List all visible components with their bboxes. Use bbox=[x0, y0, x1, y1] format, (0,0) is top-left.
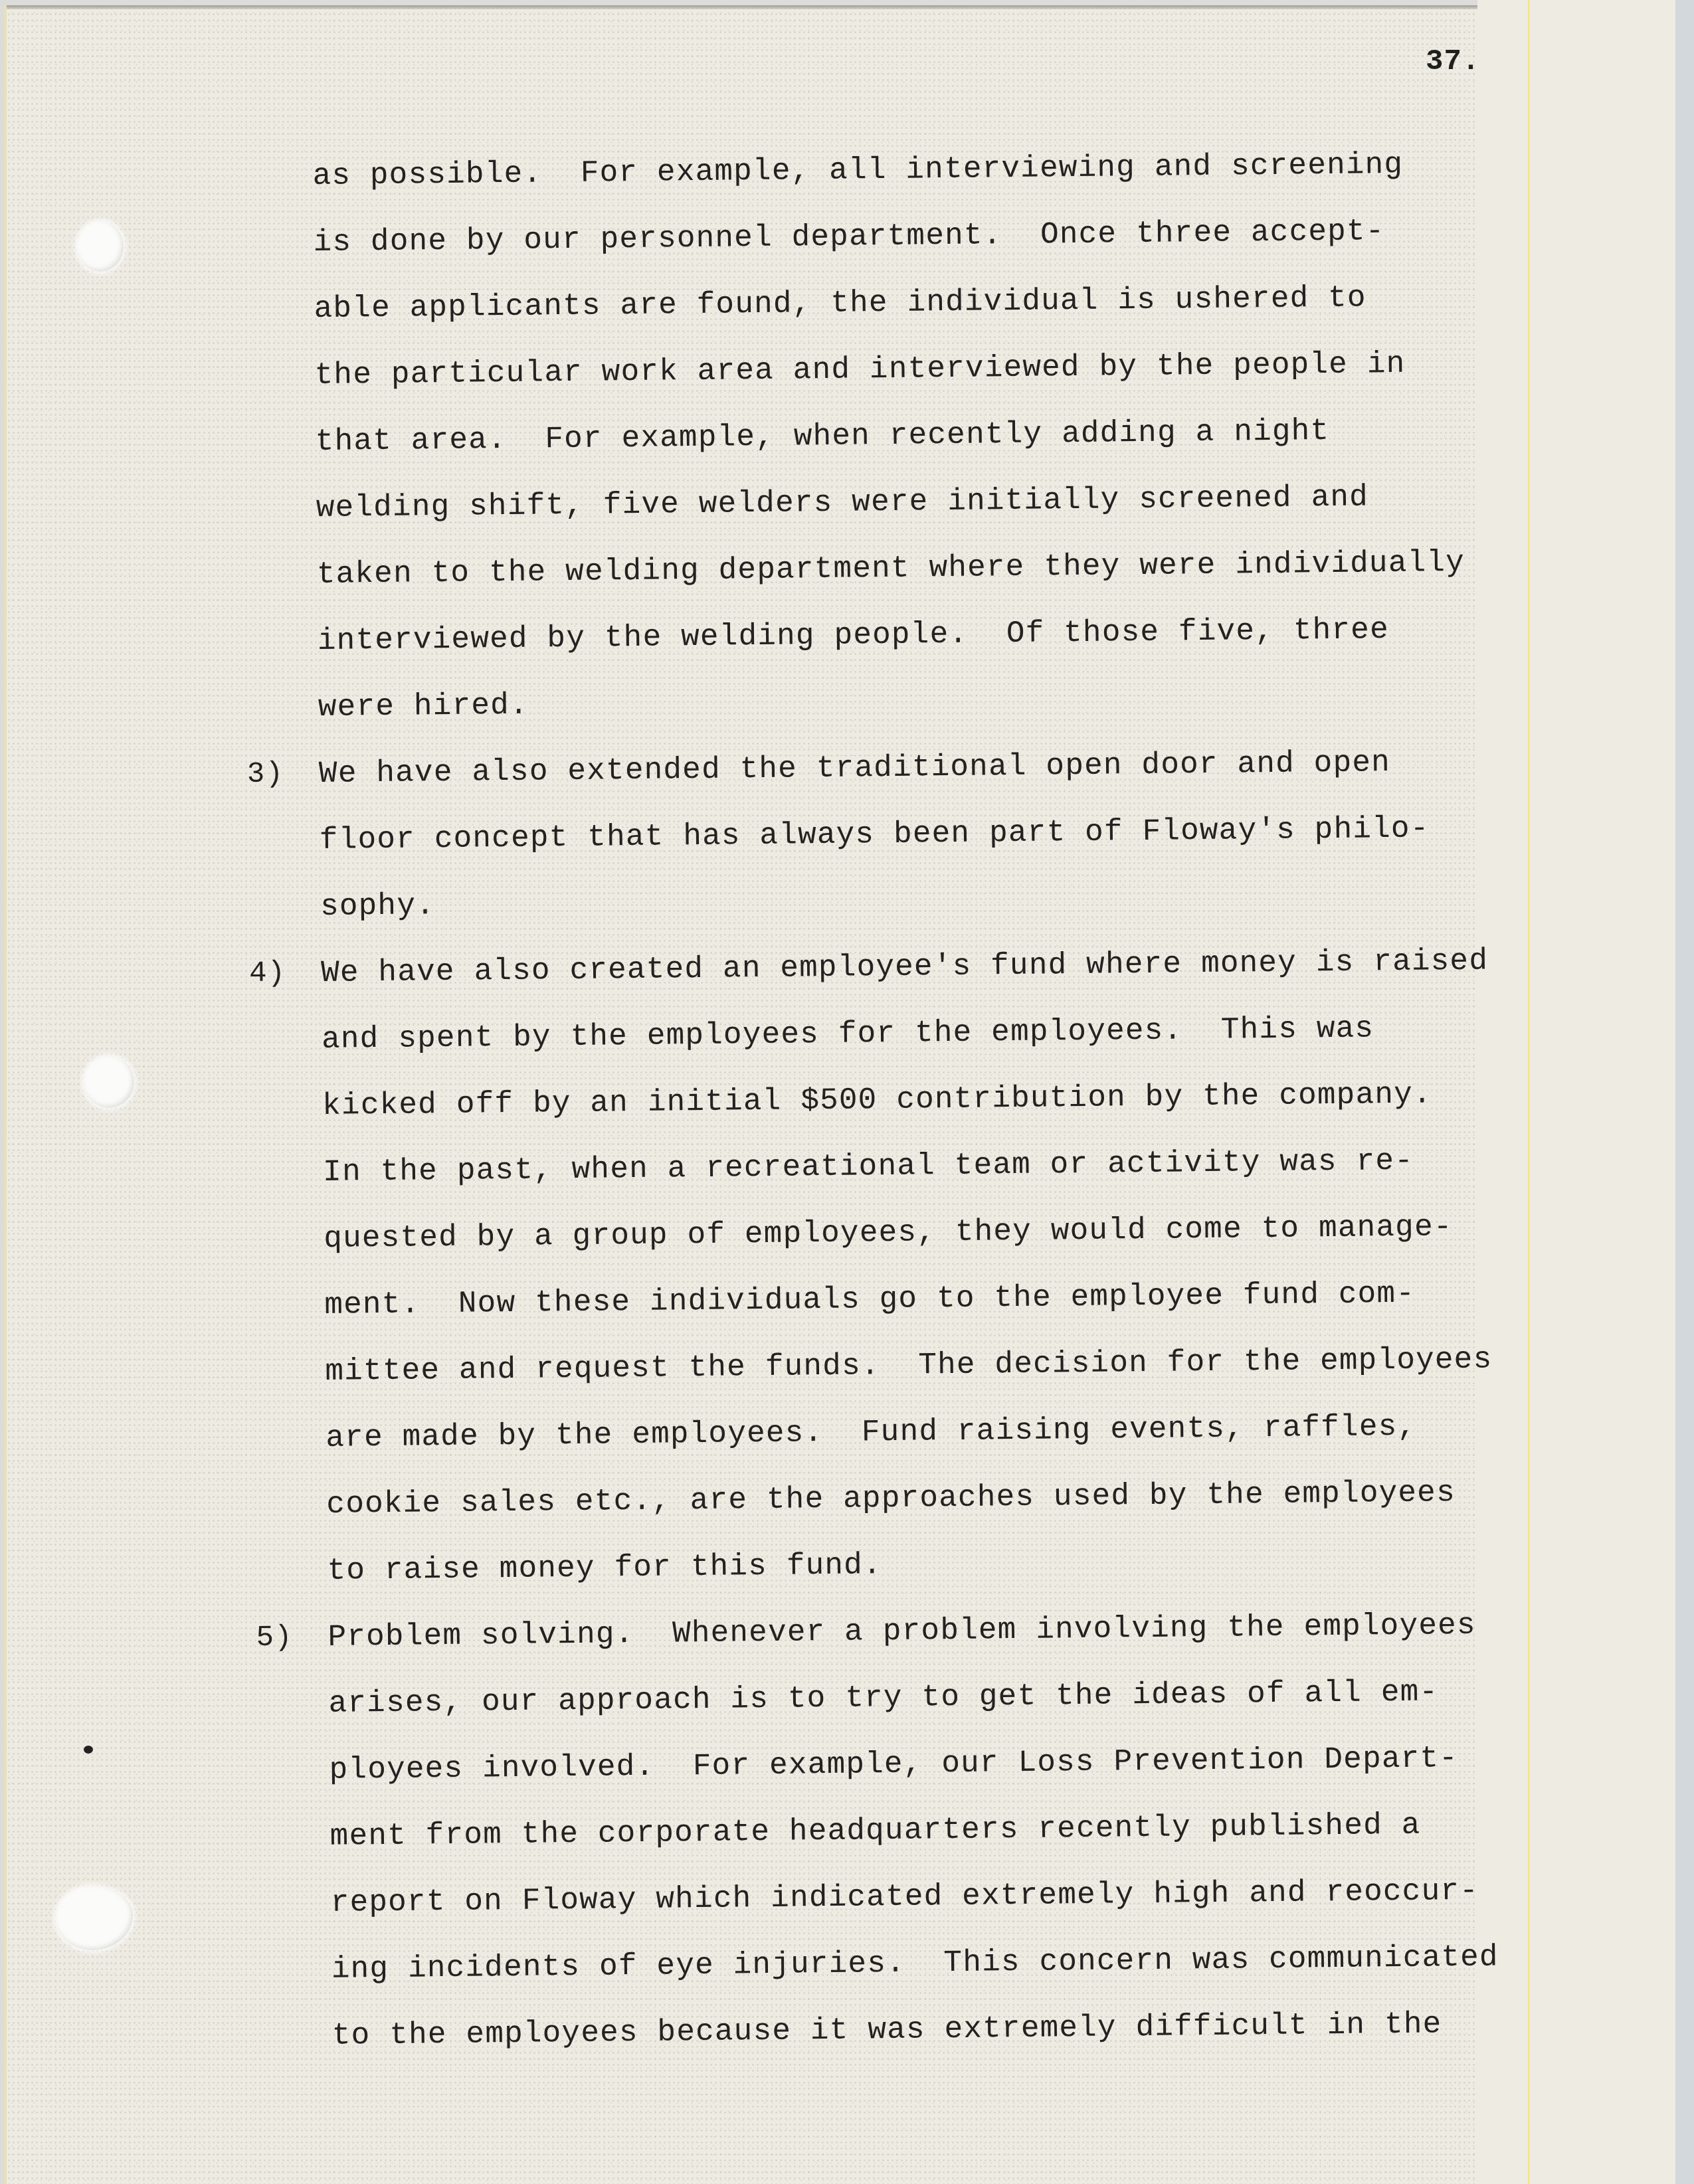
line-text: that area. For example, when recently ad… bbox=[315, 414, 1329, 459]
line-text: We have also extended the traditional op… bbox=[319, 745, 1391, 791]
text-line: ment from the corporate headquarters rec… bbox=[329, 1790, 1592, 1870]
text-line: taken to the welding department where th… bbox=[316, 528, 1579, 608]
text-line: cookie sales etc., are the approaches us… bbox=[326, 1458, 1589, 1538]
line-text: In the past, when a recreational team or… bbox=[323, 1144, 1414, 1190]
line-text: ment from the corporate headquarters rec… bbox=[329, 1808, 1420, 1854]
text-line: that area. For example, when recently ad… bbox=[315, 395, 1578, 475]
text-line: and spent by the employees for the emplo… bbox=[322, 993, 1584, 1073]
line-text: to raise money for this fund. bbox=[327, 1548, 882, 1588]
text-line: is done by our personnel department. Onc… bbox=[313, 196, 1576, 276]
line-text: floor concept that has always been part … bbox=[320, 811, 1430, 857]
item-number: 3) bbox=[246, 741, 284, 808]
item-number: 5) bbox=[256, 1604, 293, 1671]
line-text: were hired. bbox=[318, 688, 529, 725]
text-line: the particular work area and interviewed… bbox=[314, 329, 1577, 409]
line-text: and spent by the employees for the emplo… bbox=[322, 1011, 1374, 1057]
ink-dot bbox=[84, 1746, 93, 1754]
numbered-item-line: 5)Problem solving. Whenever a problem in… bbox=[328, 1591, 1590, 1671]
page-number: 37. bbox=[1426, 45, 1480, 78]
line-text: We have also created an employee's fund … bbox=[321, 944, 1489, 990]
line-text: kicked off by an initial $500 contributi… bbox=[322, 1077, 1432, 1123]
line-text: report on Floway which indicated extreme… bbox=[330, 1874, 1479, 1920]
text-line: ment. Now these individuals go to the em… bbox=[324, 1259, 1587, 1338]
text-line: are made by the employees. Fund raising … bbox=[326, 1392, 1588, 1471]
line-text: ing incidents of eye injuries. This conc… bbox=[331, 1940, 1499, 1986]
item-number: 4) bbox=[249, 940, 286, 1007]
line-text: the particular work area and interviewed… bbox=[314, 347, 1405, 393]
text-line: ployees involved. For example, our Loss … bbox=[329, 1724, 1592, 1803]
text-line: ing incidents of eye injuries. This conc… bbox=[331, 1923, 1594, 2003]
text-line: report on Floway which indicated extreme… bbox=[330, 1857, 1593, 1936]
line-text: welding shift, five welders were initial… bbox=[316, 480, 1368, 525]
text-line: quested by a group of employees, they wo… bbox=[324, 1192, 1586, 1272]
line-text: sophy. bbox=[320, 888, 435, 924]
line-text: to the employees because it was extremel… bbox=[332, 2007, 1442, 2052]
line-text: interviewed by the welding people. Of th… bbox=[318, 612, 1390, 658]
line-text: taken to the welding department where th… bbox=[317, 545, 1465, 592]
text-line: to the employees because it was extremel… bbox=[331, 1989, 1594, 2069]
text-line: as possible. For example, all interviewi… bbox=[312, 130, 1575, 209]
text-line: welding shift, five welders were initial… bbox=[316, 462, 1578, 541]
text-line: floor concept that has always been part … bbox=[319, 794, 1582, 873]
line-text: ployees involved. For example, our Loss … bbox=[329, 1741, 1458, 1787]
text-line: to raise money for this fund. bbox=[327, 1524, 1590, 1604]
text-line: were hired. bbox=[318, 661, 1580, 741]
numbered-item-line: 3)We have also extended the traditional … bbox=[318, 727, 1581, 807]
text-line: arises, our approach is to try to get th… bbox=[328, 1657, 1591, 1737]
page-top-edge bbox=[7, 5, 1480, 9]
punch-hole-middle bbox=[84, 1056, 134, 1108]
line-text: as possible. For example, all interviewi… bbox=[312, 147, 1403, 193]
line-text: quested by a group of employees, they wo… bbox=[324, 1210, 1453, 1256]
line-text: ment. Now these individuals go to the em… bbox=[324, 1277, 1415, 1322]
line-text: is done by our personnel department. Onc… bbox=[313, 214, 1385, 260]
text-line: kicked off by an initial $500 contributi… bbox=[322, 1059, 1585, 1139]
line-text: arises, our approach is to try to get th… bbox=[328, 1675, 1438, 1720]
line-text: mittee and request the funds. The decisi… bbox=[325, 1342, 1493, 1389]
line-text: cookie sales etc., are the approaches us… bbox=[326, 1475, 1456, 1522]
numbered-item-line: 4)We have also created an employee's fun… bbox=[321, 927, 1584, 1006]
text-line: able applicants are found, the individua… bbox=[314, 262, 1576, 342]
punch-hole-top bbox=[77, 221, 124, 272]
scan-border bbox=[1675, 0, 1694, 2184]
text-line: In the past, when a recreational team or… bbox=[323, 1126, 1586, 1206]
text-line: interviewed by the welding people. Of th… bbox=[317, 594, 1580, 674]
line-text: able applicants are found, the individua… bbox=[314, 280, 1366, 326]
line-text: are made by the employees. Fund raising … bbox=[326, 1410, 1416, 1455]
body-text: as possible. For example, all interviewi… bbox=[312, 130, 1594, 2069]
text-line: sophy. bbox=[320, 860, 1583, 940]
line-text: Problem solving. Whenever a problem invo… bbox=[328, 1608, 1476, 1655]
text-line: mittee and request the funds. The decisi… bbox=[325, 1325, 1588, 1405]
